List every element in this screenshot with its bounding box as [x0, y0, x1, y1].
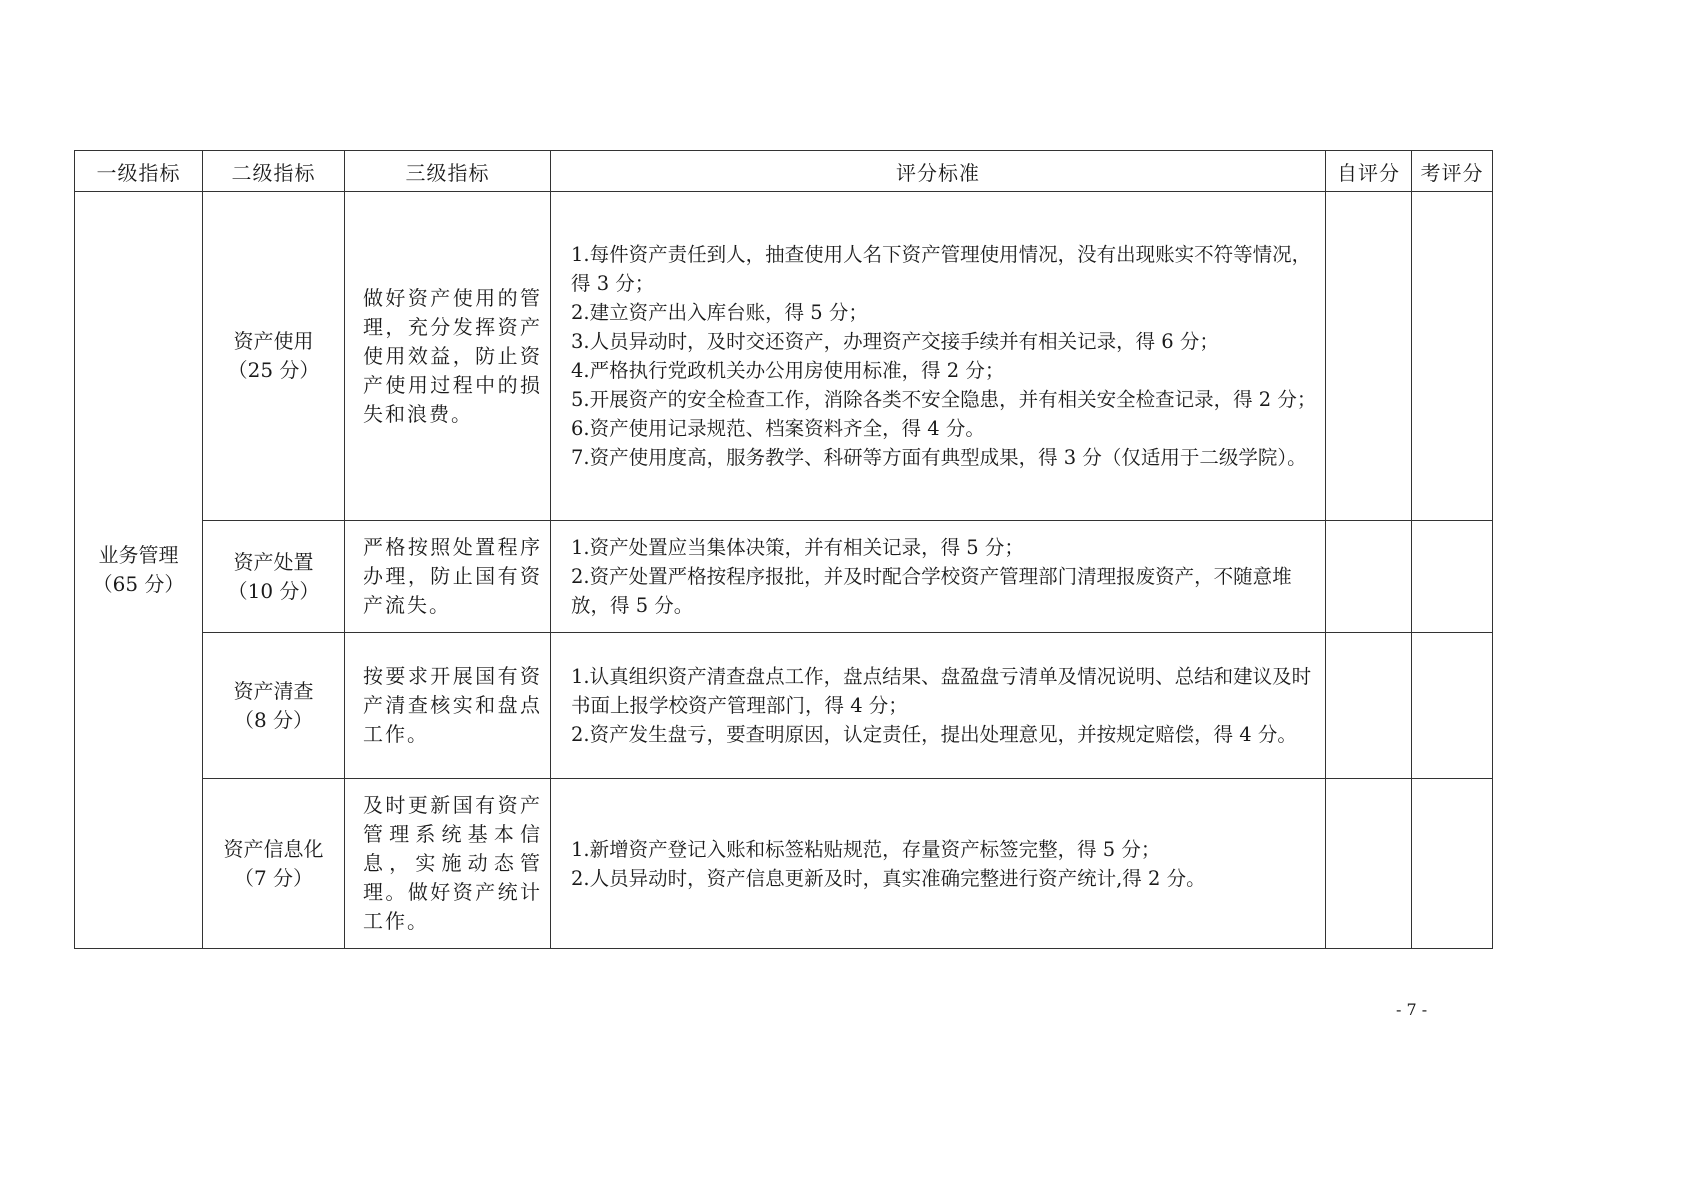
- criteria-item: 2.资产处置严格按程序报批，并及时配合学校资产管理部门清理报废资产，不随意堆放，…: [571, 562, 1317, 620]
- self-score-cell[interactable]: [1326, 521, 1412, 633]
- review-score-cell[interactable]: [1412, 192, 1493, 521]
- criteria-item: 1.每件资产责任到人，抽查使用人名下资产管理使用情况，没有出现账实不符等情况，得…: [571, 240, 1317, 298]
- criteria-cell: 1.资产处置应当集体决策，并有相关记录，得 5 分； 2.资产处置严格按程序报批…: [551, 521, 1326, 633]
- header-level1: 一级指标: [75, 151, 203, 192]
- evaluation-table: 一级指标 二级指标 三级指标 评分标准 自评分 考评分 业务管理 （65 分） …: [74, 150, 1493, 949]
- criteria-cell: 1.每件资产责任到人，抽查使用人名下资产管理使用情况，没有出现账实不符等情况，得…: [551, 192, 1326, 521]
- level2-name: 资产处置: [203, 548, 344, 577]
- level3-cell: 严格按照处置程序办理，防止国有资产流失。: [345, 521, 551, 633]
- review-score-cell[interactable]: [1412, 633, 1493, 779]
- self-score-cell[interactable]: [1326, 192, 1412, 521]
- level2-cell: 资产处置 （10 分）: [203, 521, 345, 633]
- level3-cell: 做好资产使用的管理，充分发挥资产使用效益，防止资产使用过程中的损失和浪费。: [345, 192, 551, 521]
- level1-name: 业务管理: [75, 541, 202, 570]
- level2-score: （7 分）: [203, 864, 344, 893]
- level2-score: （10 分）: [203, 577, 344, 606]
- level2-score: （8 分）: [203, 706, 344, 735]
- criteria-item: 1.新增资产登记入账和标签粘贴规范，存量资产标签完整，得 5 分；: [571, 835, 1317, 864]
- table-row: 资产处置 （10 分） 严格按照处置程序办理，防止国有资产流失。 1.资产处置应…: [75, 521, 1493, 633]
- table-row: 业务管理 （65 分） 资产使用 （25 分） 做好资产使用的管理，充分发挥资产…: [75, 192, 1493, 521]
- header-level2: 二级指标: [203, 151, 345, 192]
- level2-cell: 资产信息化 （7 分）: [203, 779, 345, 949]
- criteria-item: 4.严格执行党政机关办公用房使用标准，得 2 分；: [571, 356, 1317, 385]
- level2-name: 资产使用: [203, 327, 344, 356]
- level2-name: 资产信息化: [203, 835, 344, 864]
- level2-score: （25 分）: [203, 356, 344, 385]
- criteria-item: 7.资产使用度高，服务教学、科研等方面有典型成果，得 3 分（仅适用于二级学院）…: [571, 443, 1317, 472]
- criteria-item: 6.资产使用记录规范、档案资料齐全，得 4 分。: [571, 414, 1317, 443]
- level2-name: 资产清查: [203, 677, 344, 706]
- criteria-item: 2.建立资产出入库台账，得 5 分；: [571, 298, 1317, 327]
- criteria-cell: 1.新增资产登记入账和标签粘贴规范，存量资产标签完整，得 5 分； 2.人员异动…: [551, 779, 1326, 949]
- level1-score: （65 分）: [75, 570, 202, 599]
- header-self-score: 自评分: [1326, 151, 1412, 192]
- header-level3: 三级指标: [345, 151, 551, 192]
- criteria-cell: 1.认真组织资产清查盘点工作，盘点结果、盘盈盘亏清单及情况说明、总结和建议及时书…: [551, 633, 1326, 779]
- level2-cell: 资产使用 （25 分）: [203, 192, 345, 521]
- self-score-cell[interactable]: [1326, 633, 1412, 779]
- header-row: 一级指标 二级指标 三级指标 评分标准 自评分 考评分: [75, 151, 1493, 192]
- table-row: 资产信息化 （7 分） 及时更新国有资产管理系统基本信息，实施动态管理。做好资产…: [75, 779, 1493, 949]
- header-criteria: 评分标准: [551, 151, 1326, 192]
- self-score-cell[interactable]: [1326, 779, 1412, 949]
- page-number: - 7 -: [1396, 1000, 1427, 1019]
- review-score-cell[interactable]: [1412, 779, 1493, 949]
- review-score-cell[interactable]: [1412, 521, 1493, 633]
- level3-cell: 及时更新国有资产管理系统基本信息，实施动态管理。做好资产统计工作。: [345, 779, 551, 949]
- criteria-item: 1.资产处置应当集体决策，并有相关记录，得 5 分；: [571, 533, 1317, 562]
- level2-cell: 资产清查 （8 分）: [203, 633, 345, 779]
- criteria-item: 5.开展资产的安全检查工作，消除各类不安全隐患，并有相关安全检查记录，得 2 分…: [571, 385, 1317, 414]
- criteria-item: 2.人员异动时，资产信息更新及时，真实准确完整进行资产统计,得 2 分。: [571, 864, 1317, 893]
- header-review-score: 考评分: [1412, 151, 1493, 192]
- table-row: 资产清查 （8 分） 按要求开展国有资产清查核实和盘点工作。 1.认真组织资产清…: [75, 633, 1493, 779]
- level1-cell: 业务管理 （65 分）: [75, 192, 203, 949]
- criteria-item: 1.认真组织资产清查盘点工作，盘点结果、盘盈盘亏清单及情况说明、总结和建议及时书…: [571, 662, 1317, 720]
- level3-cell: 按要求开展国有资产清查核实和盘点工作。: [345, 633, 551, 779]
- criteria-item: 2.资产发生盘亏，要查明原因，认定责任，提出处理意见，并按规定赔偿，得 4 分。: [571, 720, 1317, 749]
- criteria-item: 3.人员异动时，及时交还资产，办理资产交接手续并有相关记录，得 6 分；: [571, 327, 1317, 356]
